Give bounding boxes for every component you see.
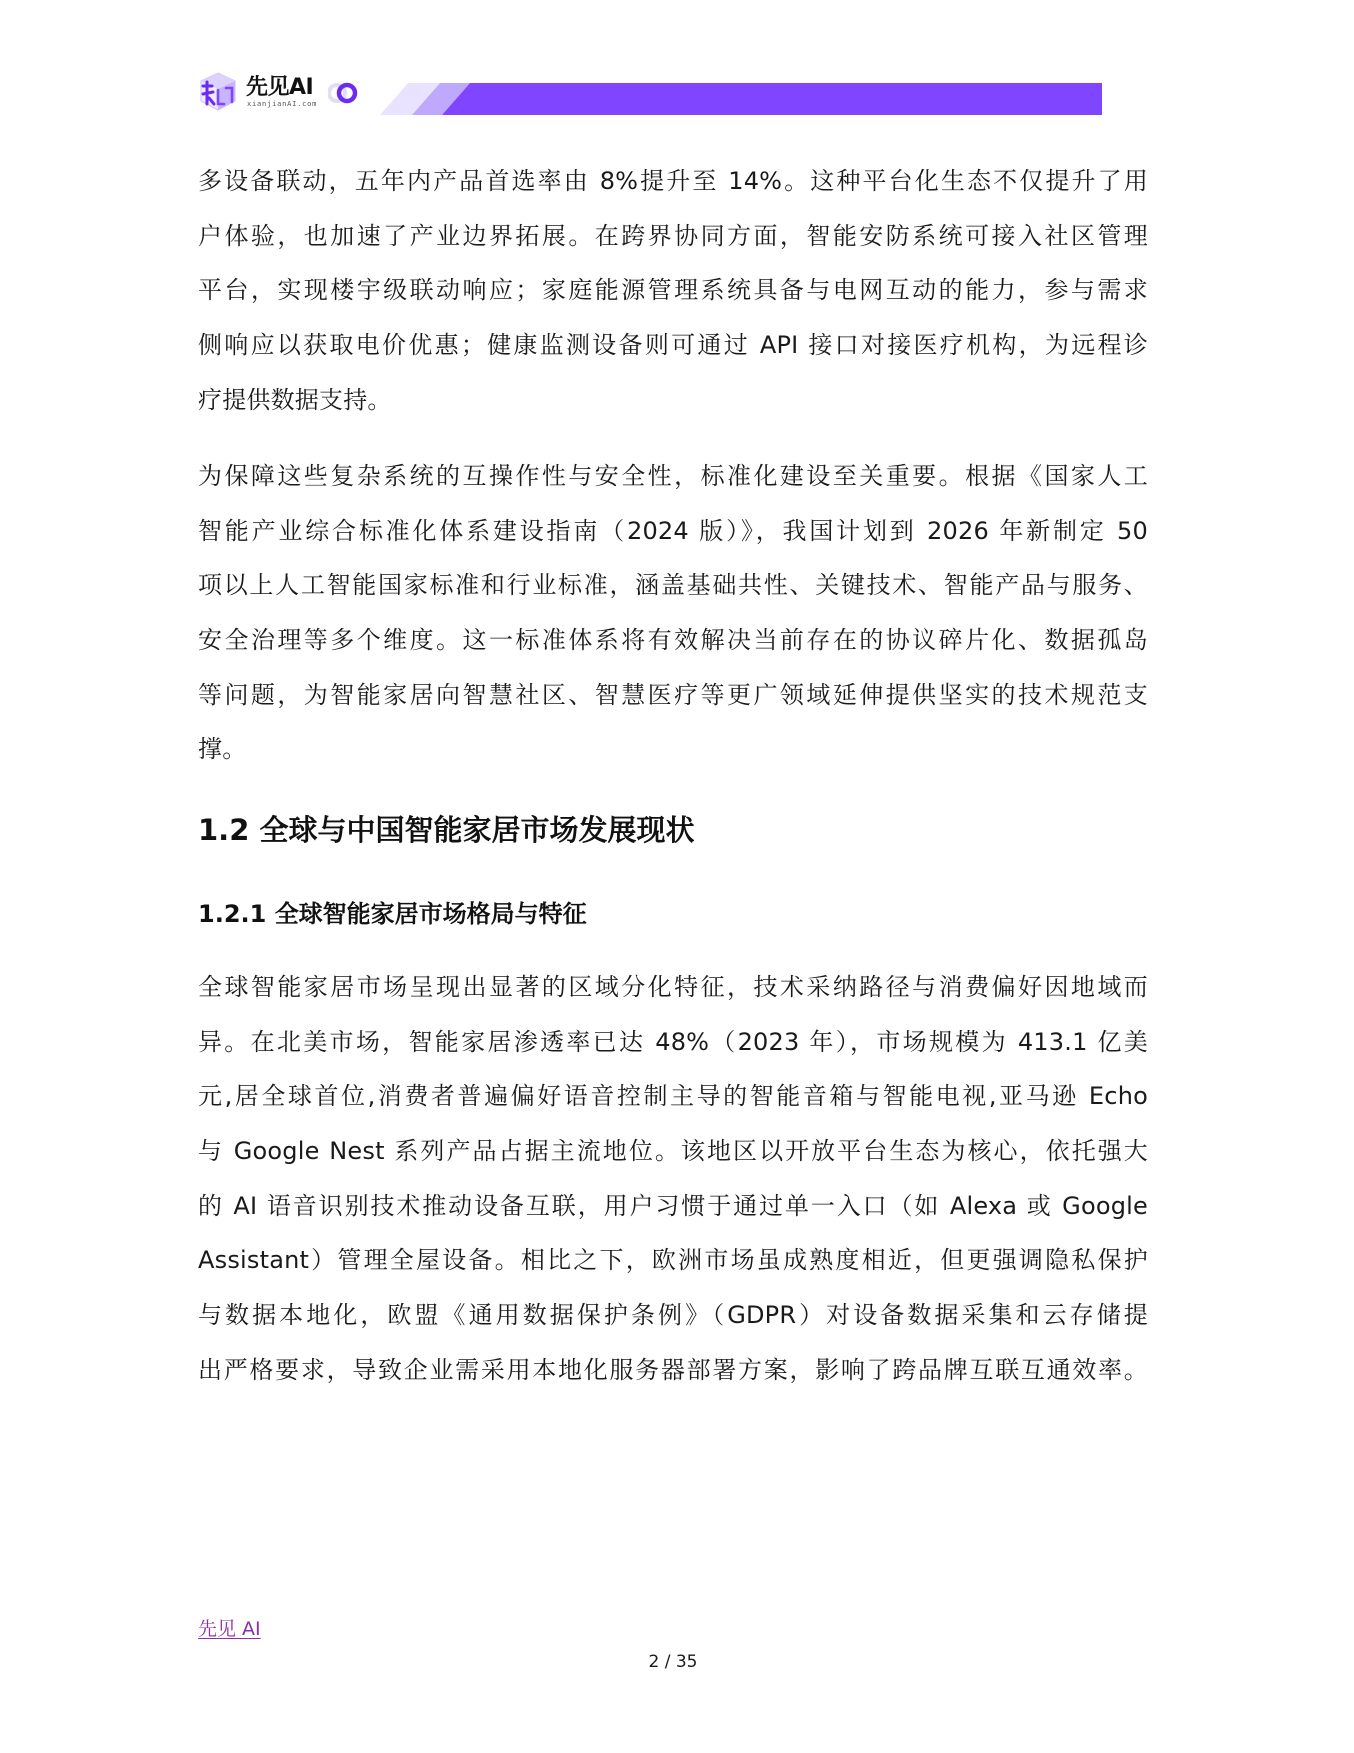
text-line: 的 AI 语音识别技术推动设备互联，用户习惯于通过单一入口（如 Alexa 或 … [198, 1179, 1148, 1234]
text-line: 出严格要求，导致企业需采用本地化服务器部署方案，影响了跨品牌互联互通效率。 [198, 1343, 1148, 1398]
text-line: 元,居全球首位,消费者普遍偏好语音控制主导的智能音箱与智能电视,亚马逊 Echo [198, 1069, 1148, 1124]
page-number: 2 / 35 [0, 1652, 1354, 1672]
text-line: 侧响应以获取电价优惠；健康监测设备则可通过 API 接口对接医疗机构，为远程诊 [198, 318, 1148, 373]
text-line: 项以上人工智能国家标准和行业标准，涵盖基础共性、关键技术、智能产品与服务、 [198, 558, 1148, 613]
paragraph-standardization: 为保障这些复杂系统的互操作性与安全性，标准化建设至关重要。根据《国家人工 智能产… [198, 449, 1148, 777]
text-line: 平台，实现楼宇级联动响应；家庭能源管理系统具备与电网互动的能力，参与需求 [198, 263, 1148, 318]
page-number-text: 2 / 35 [649, 1652, 698, 1672]
text-line: 安全治理等多个维度。这一标准体系将有效解决当前存在的协议碎片化、数据孤岛 [198, 613, 1148, 668]
brand-logo: 先见AI xianjianAI.com [196, 68, 376, 118]
text-line: 与 Google Nest 系列产品占据主流地位。该地区以开放平台生态为核心，依… [198, 1124, 1148, 1179]
header-banner [380, 83, 1102, 115]
subsection-heading-1-2-1: 1.2.1 全球智能家居市场格局与特征 [198, 894, 587, 929]
footer-brand-link[interactable]: 先见 AI [198, 1614, 261, 1641]
text-line: 智能产业综合标准化体系建设指南（2024 版）》，我国计划到 2026 年新制定… [198, 504, 1148, 559]
ai-ring-icon [328, 78, 358, 108]
text-line: 与数据本地化，欧盟《通用数据保护条例》（GDPR）对设备数据采集和云存储提 [198, 1288, 1148, 1343]
page-header: 先见AI xianjianAI.com [0, 0, 1354, 130]
text-line: 为保障这些复杂系统的互操作性与安全性，标准化建设至关重要。根据《国家人工 [198, 449, 1148, 504]
text-line: 疗提供数据支持。 [198, 373, 1148, 428]
text-line: 户体验，也加速了产业边界拓展。在跨界协同方面，智能安防系统可接入社区管理 [198, 209, 1148, 264]
text-line: 异。在北美市场，智能家居渗透率已达 48%（2023 年），市场规模为 413.… [198, 1015, 1148, 1070]
logo-text: 先见AI [246, 70, 313, 101]
text-line: 撑。 [198, 722, 1148, 777]
logo-subtext: xianjianAI.com [247, 100, 317, 108]
paragraph-platform-ecosystem: 多设备联动，五年内产品首选率由 8%提升至 14%。这种平台化生态不仅提升了用 … [198, 154, 1148, 427]
text-line: 全球智能家居市场呈现出显著的区域分化特征，技术采纳路径与消费偏好因地域而 [198, 960, 1148, 1015]
paragraph-global-market: 全球智能家居市场呈现出显著的区域分化特征，技术采纳路径与消费偏好因地域而 异。在… [198, 960, 1148, 1398]
section-heading-1-2: 1.2 全球与中国智能家居市场发展现状 [198, 808, 694, 849]
text-line: Assistant）管理全屋设备。相比之下，欧洲市场虽成熟度相近，但更强调隐私保… [198, 1233, 1148, 1288]
text-line: 等问题，为智能家居向智慧社区、智慧医疗等更广领域延伸提供坚实的技术规范支 [198, 668, 1148, 723]
text-line: 多设备联动，五年内产品首选率由 8%提升至 14%。这种平台化生态不仅提升了用 [198, 154, 1148, 209]
cube-logo-icon [196, 70, 240, 114]
